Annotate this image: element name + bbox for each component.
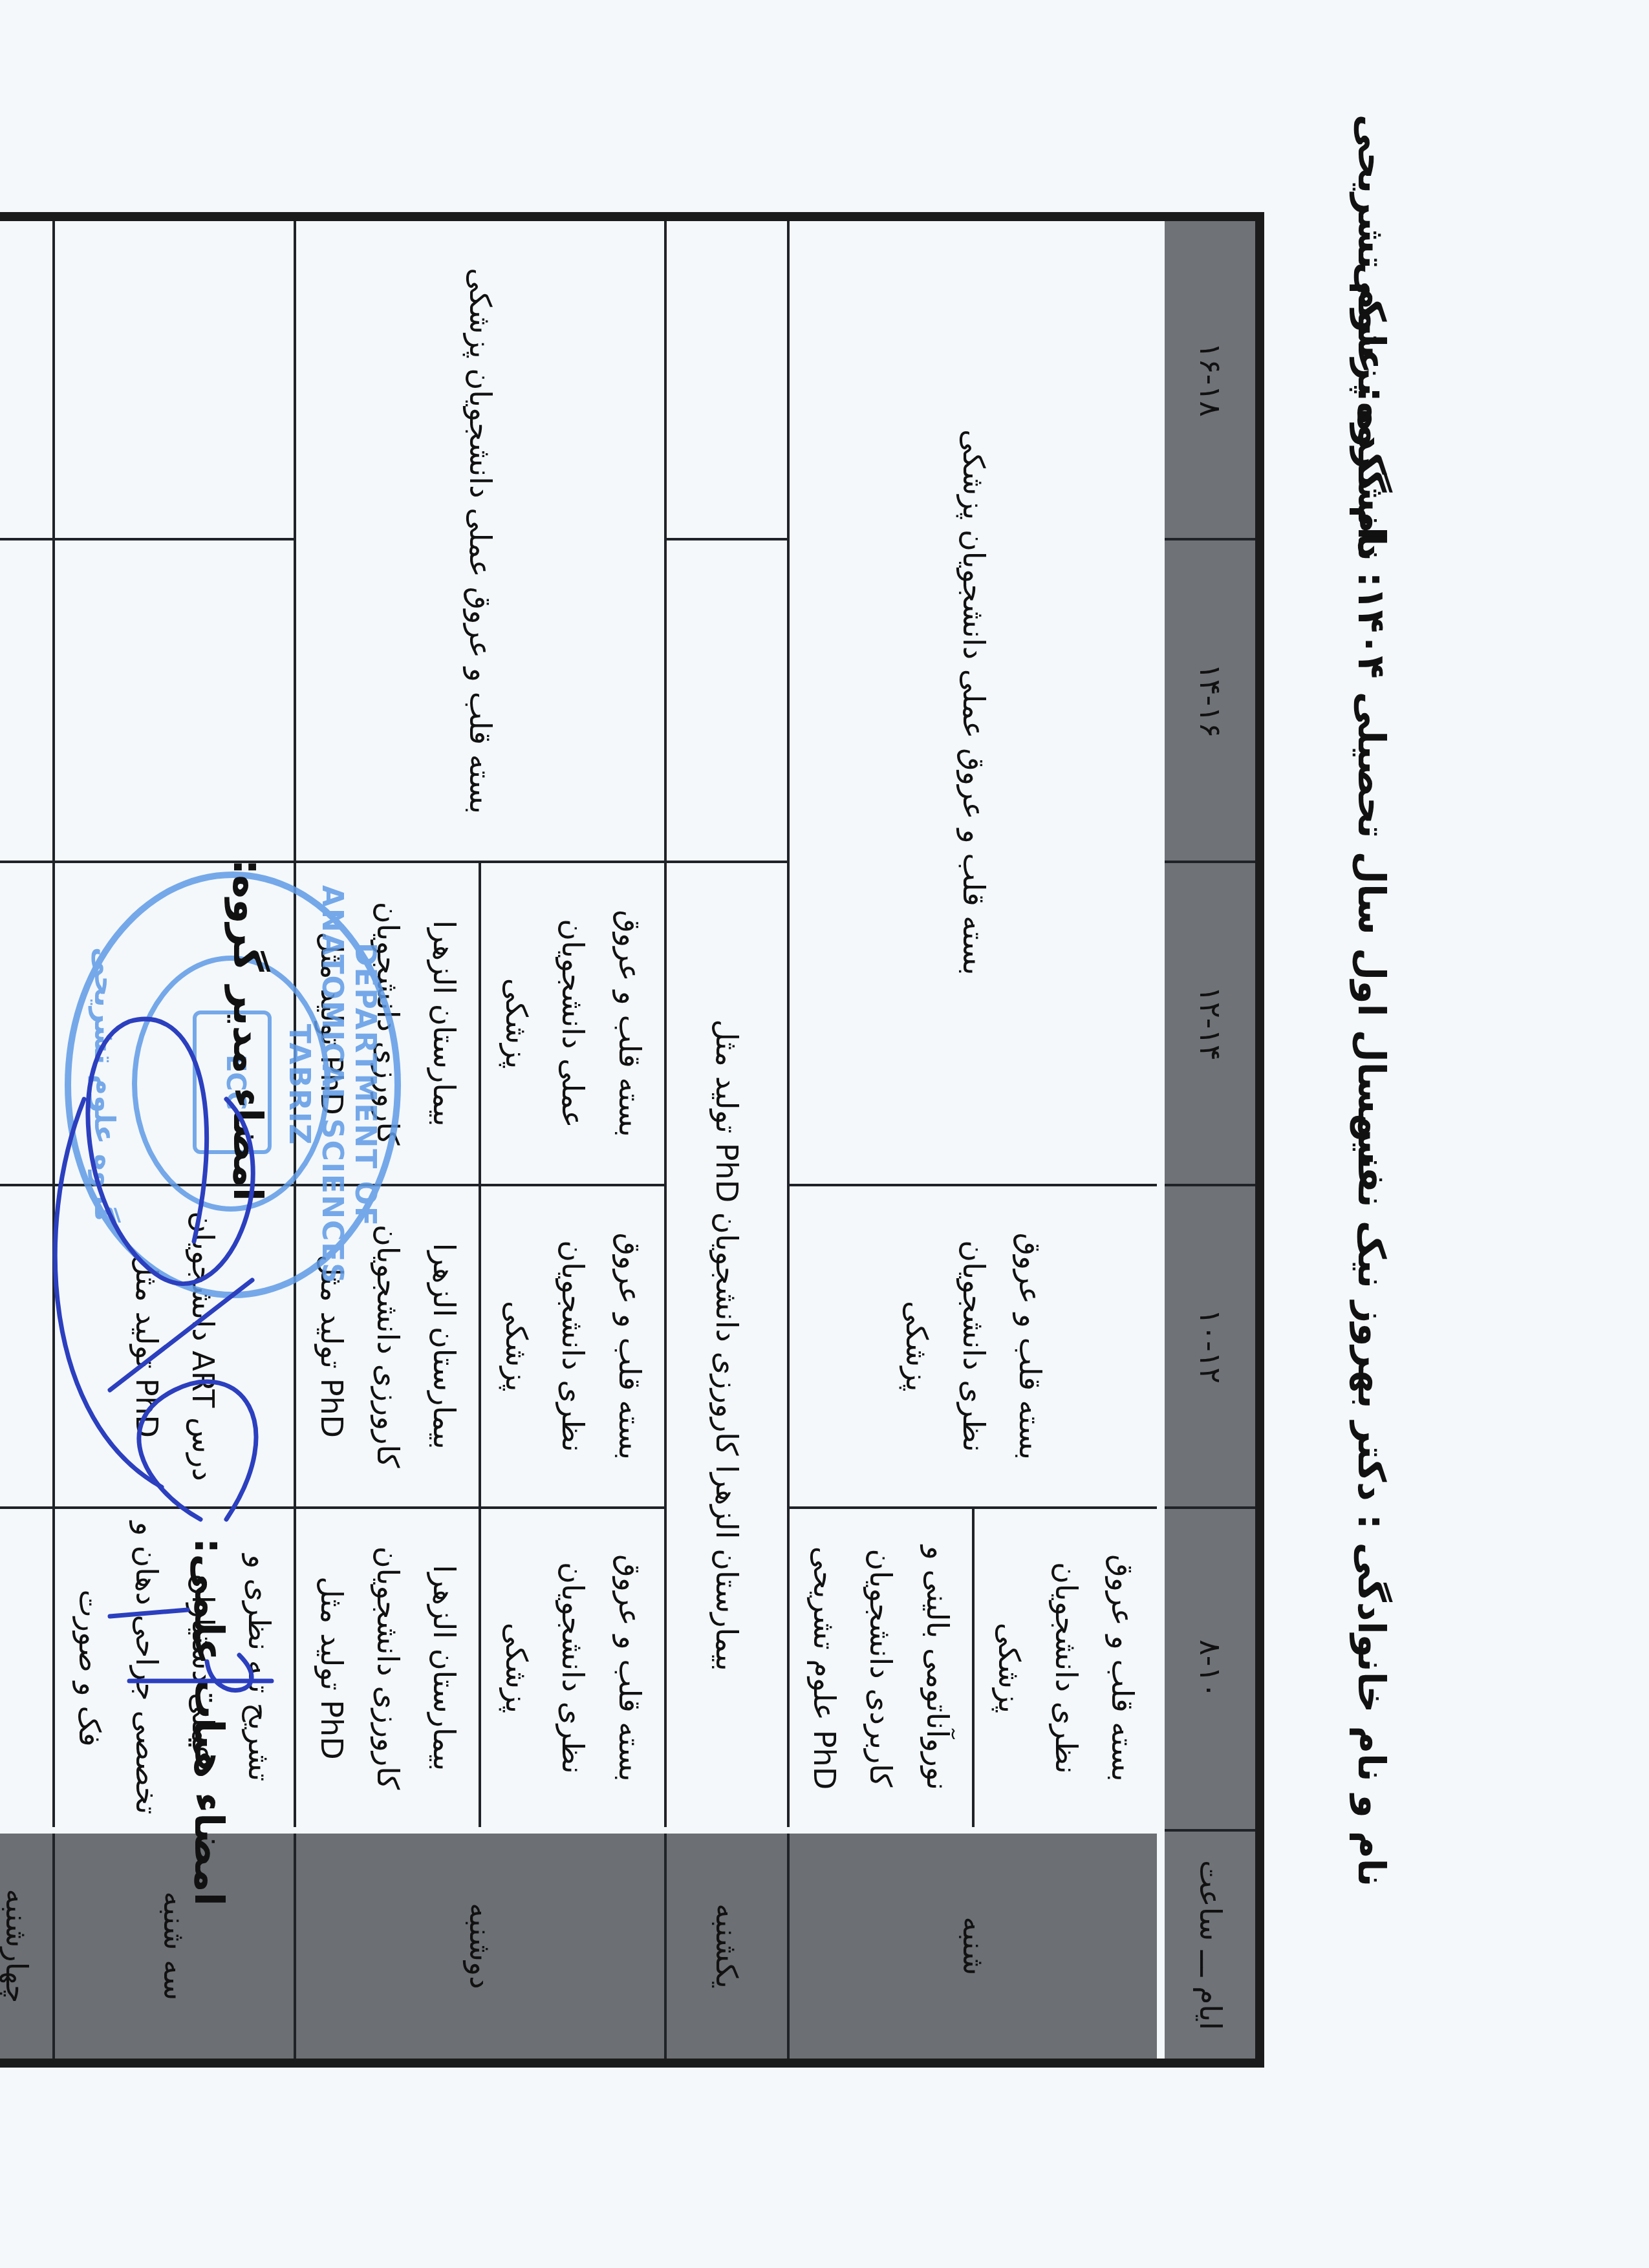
schedule-cell — [665, 217, 788, 539]
schedule-cell: بسته قلب و عروق عملی دانشجویان پزشکی — [480, 862, 665, 1184]
schedule-cell — [665, 539, 788, 862]
header-row: ایام ـــ ساعت ۸-۱۰ ۱۰-۱۲ ۱۲-۱۴ ۱۴-۱۶ ۱۶-… — [1161, 217, 1260, 2063]
schedule-cell — [0, 862, 54, 1184]
schedule-cell: نوروآناتومی بالینی و کاربردی دانشجویان P… — [788, 1508, 973, 1830]
schedule-cell — [0, 1185, 54, 1508]
schedule-cell: بیمارستان الزهرا کارورزی دانشجویان PhD ت… — [295, 1508, 480, 1830]
faculty-signature-label: امضاء هیات علمی: — [186, 1537, 233, 1906]
group-name: نام گروه: علوم تشریحی — [1350, 114, 1394, 561]
corner-header: ایام ـــ ساعت — [1161, 1830, 1260, 2063]
schedule-cell: بسته قلب و عروق نظری دانشجویان پزشکی — [480, 1508, 665, 1830]
schedule-cell — [54, 217, 296, 539]
day-label: یکشنبه — [665, 1830, 788, 2063]
day-label: چهارشنبه — [0, 1830, 54, 2063]
day-label: سه شنبه — [54, 1830, 296, 2063]
time-slot-header: ۱۰-۱۲ — [1161, 1185, 1260, 1508]
schedule-page: نام و نام خانوادگی : دکتر بهروز نیک نفس … — [0, 0, 1649, 2268]
schedule-cell: بیمارستان الزهرا کارورزی دانشجویان PhD ت… — [665, 862, 788, 1830]
time-slot-header: ۱۴-۱۶ — [1161, 539, 1260, 862]
schedule-cell — [54, 539, 296, 862]
schedule-cell: بسته قلب و عروق عملی دانشجویان پزشکی — [295, 217, 665, 862]
time-slot-header: ۸-۱۰ — [1161, 1508, 1260, 1830]
schedule-cell — [0, 539, 54, 862]
schedule-cell — [0, 217, 54, 539]
schedule-cell: بسته قلب و عروق نظری دانشجویان پزشکی — [788, 1185, 1161, 1508]
schedule-cell: بسته قلب و عروق نظری دانشجویان پزشکی — [480, 1185, 665, 1508]
stamp-text-fa: گروه علوم تشریحی — [88, 878, 121, 1292]
header-line-1b: نیمسال اول سال تحصیلی ۱۴۰۴: دانشکده پزشک… — [1322, 0, 1394, 2268]
table-row-saturday: شنبه بسته قلب و عروق نظری دانشجویان پزشک… — [973, 217, 1161, 2063]
schedule-cell: بسته قلب و عروق عملی دانشجویان پزشکی — [788, 217, 1161, 1185]
day-label: دوشنبه — [295, 1830, 665, 2063]
table-row-sunday: یکشنبه بیمارستان الزهرا کارورزی دانشجویا… — [665, 217, 788, 2063]
time-slot-header: ۱۲-۱۴ — [1161, 862, 1260, 1184]
table-row-wednesday: چهارشنبه — [0, 217, 54, 2063]
time-slot-header: ۱۶-۱۸ — [1161, 217, 1260, 539]
day-label: شنبه — [788, 1830, 1161, 2063]
table-row-monday: دوشنبه بسته قلب و عروق نظری دانشجویان پز… — [480, 217, 665, 2063]
head-signature-label: امضاء مدیر گروه: — [224, 859, 272, 1201]
schedule-cell: تشریح تنه نظری و عملی دستیاران تخصصی جرا… — [54, 1508, 296, 1830]
schedule-cell: بسته قلب و عروق نظری دانشجویان پزشکی — [973, 1508, 1161, 1830]
schedule-cell — [0, 1508, 54, 1830]
